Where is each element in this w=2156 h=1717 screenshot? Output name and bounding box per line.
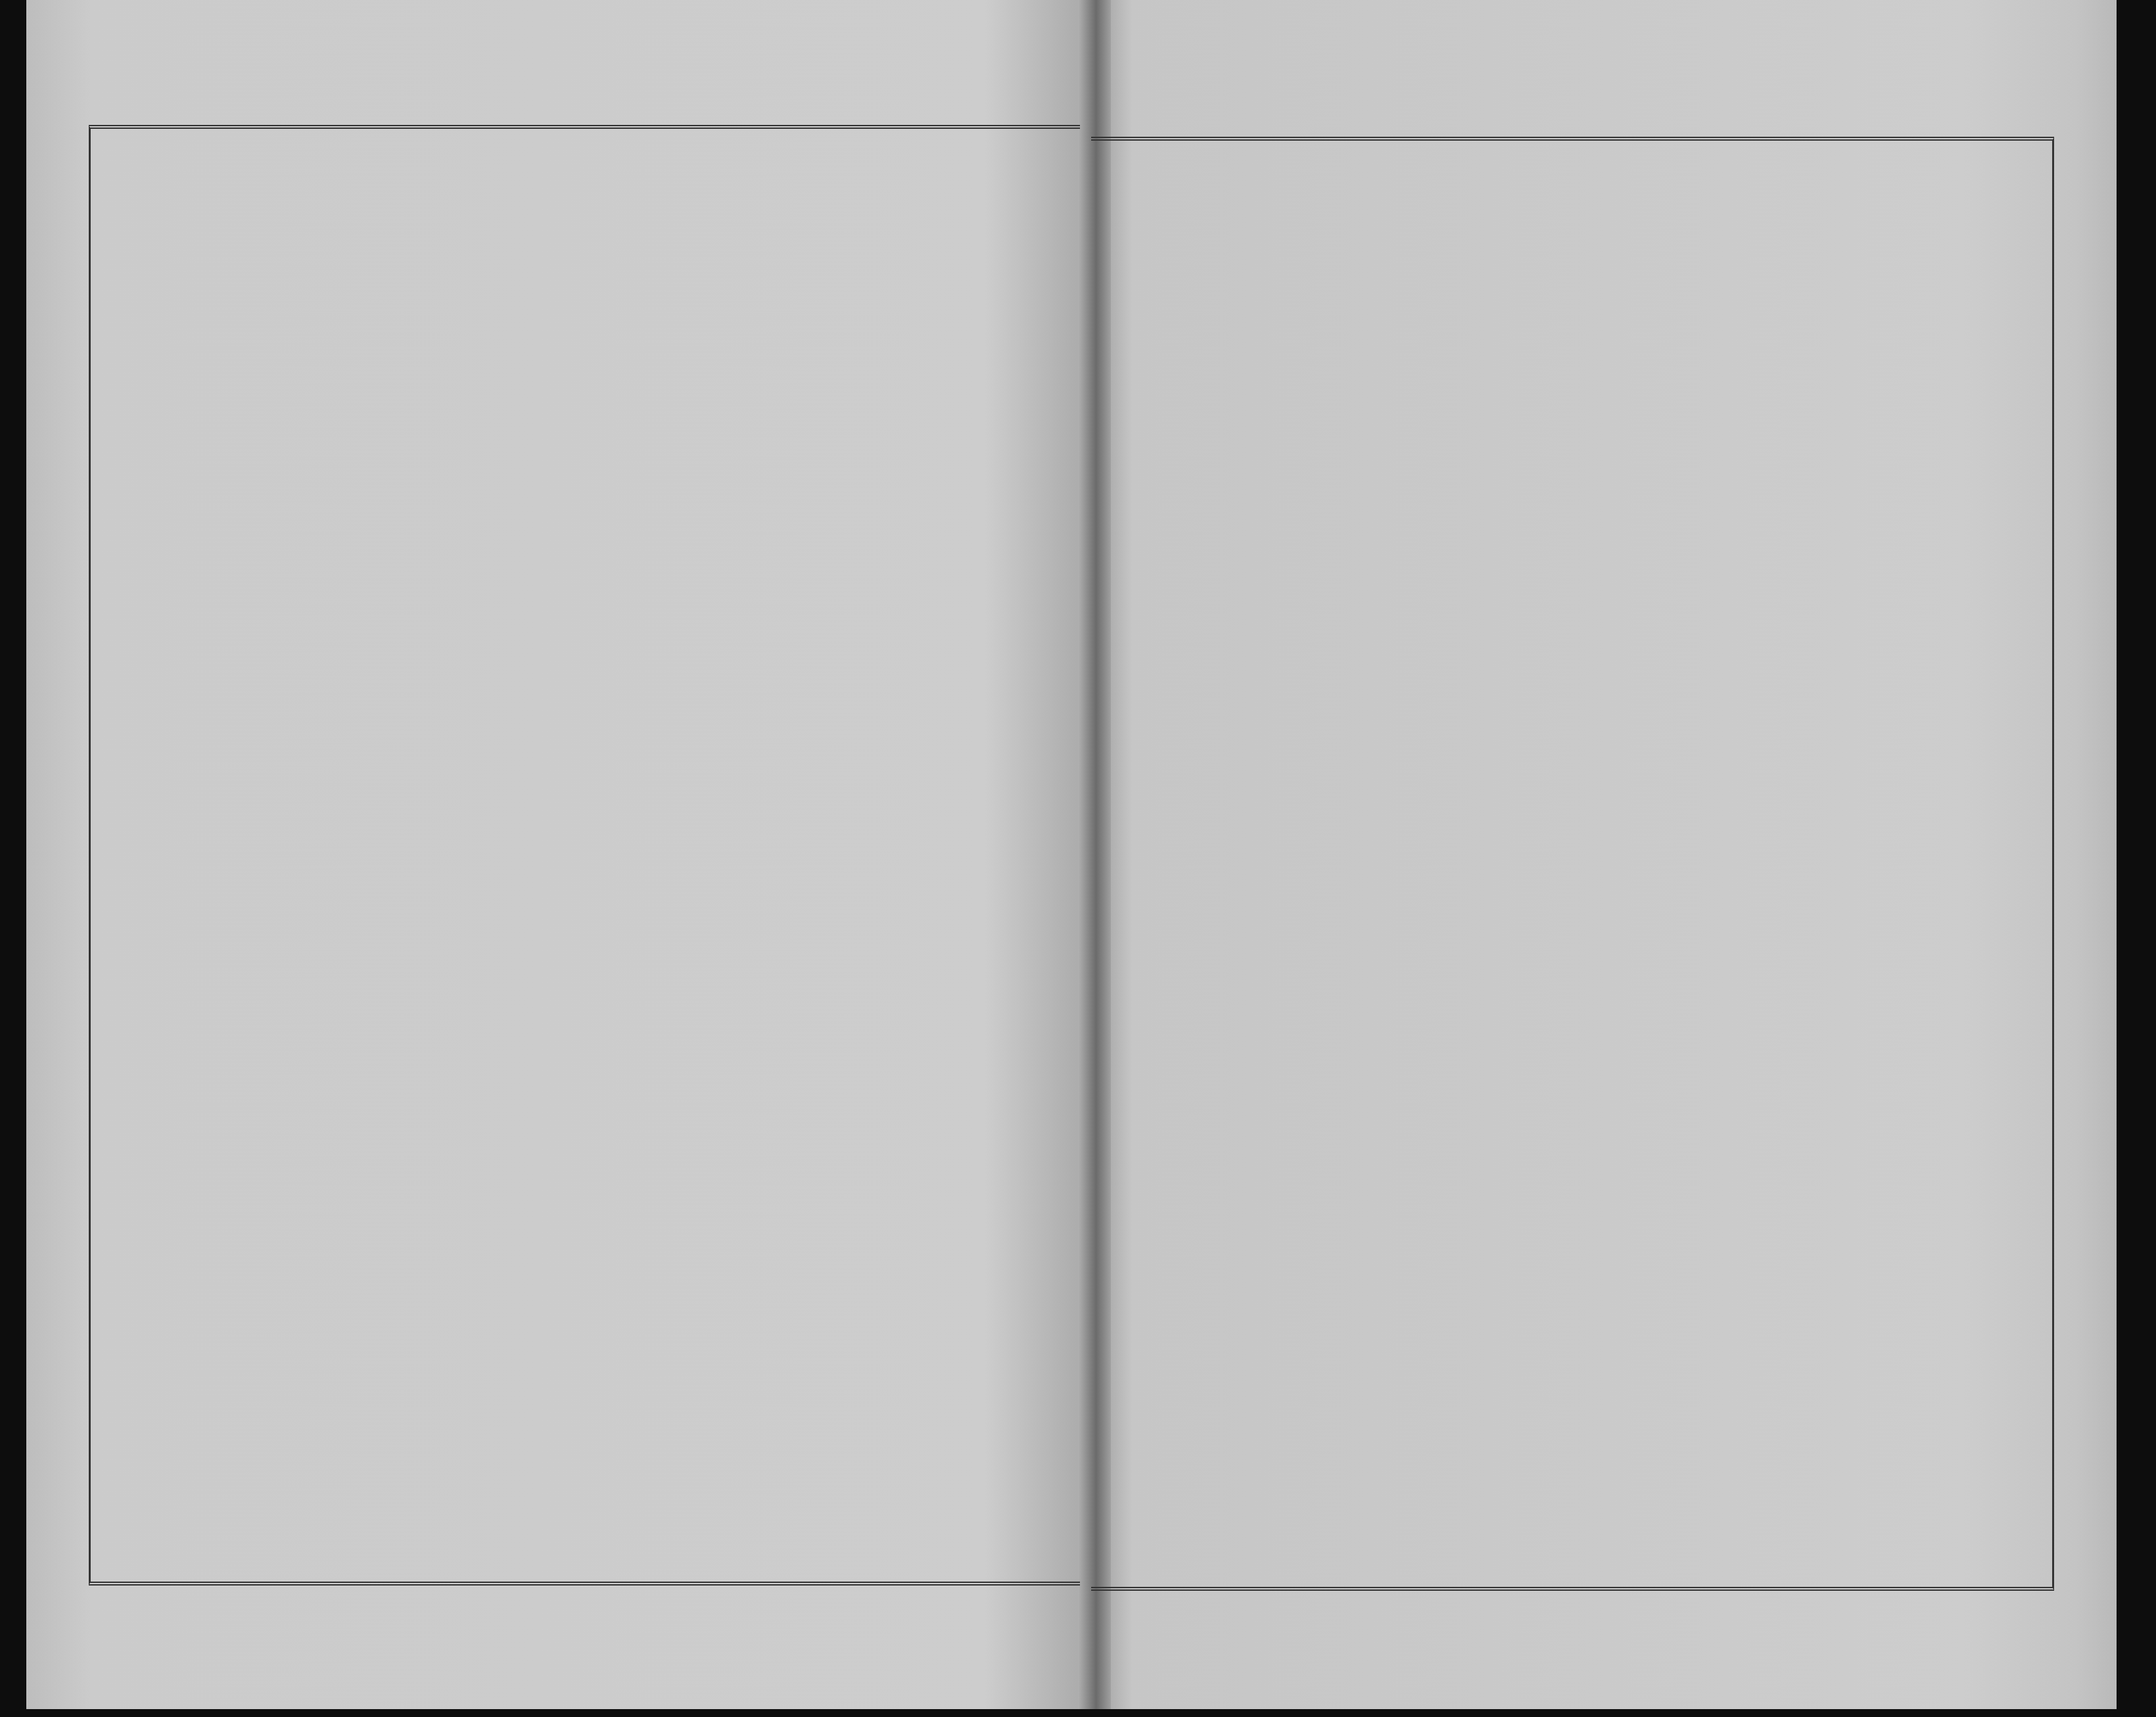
header-indication — [1386, 207, 1474, 222]
header-numeros — [92, 184, 148, 243]
header-numero-tirage — [317, 172, 363, 279]
header-canton — [150, 172, 235, 281]
header-date-mise-activite — [1479, 177, 1535, 304]
left-table-frame — [89, 125, 1080, 1586]
header-mutations — [1541, 154, 1683, 245]
header-remplacant-taille — [1328, 197, 1380, 213]
header-noms — [368, 172, 644, 279]
header-remplacant-noms — [1098, 204, 1321, 280]
header-arrondissement — [237, 172, 316, 279]
right-table-frame — [1091, 137, 2054, 1591]
header-position — [1684, 174, 1723, 281]
header-instruction — [1725, 158, 1791, 196]
header-date-acte — [1012, 212, 1057, 312]
